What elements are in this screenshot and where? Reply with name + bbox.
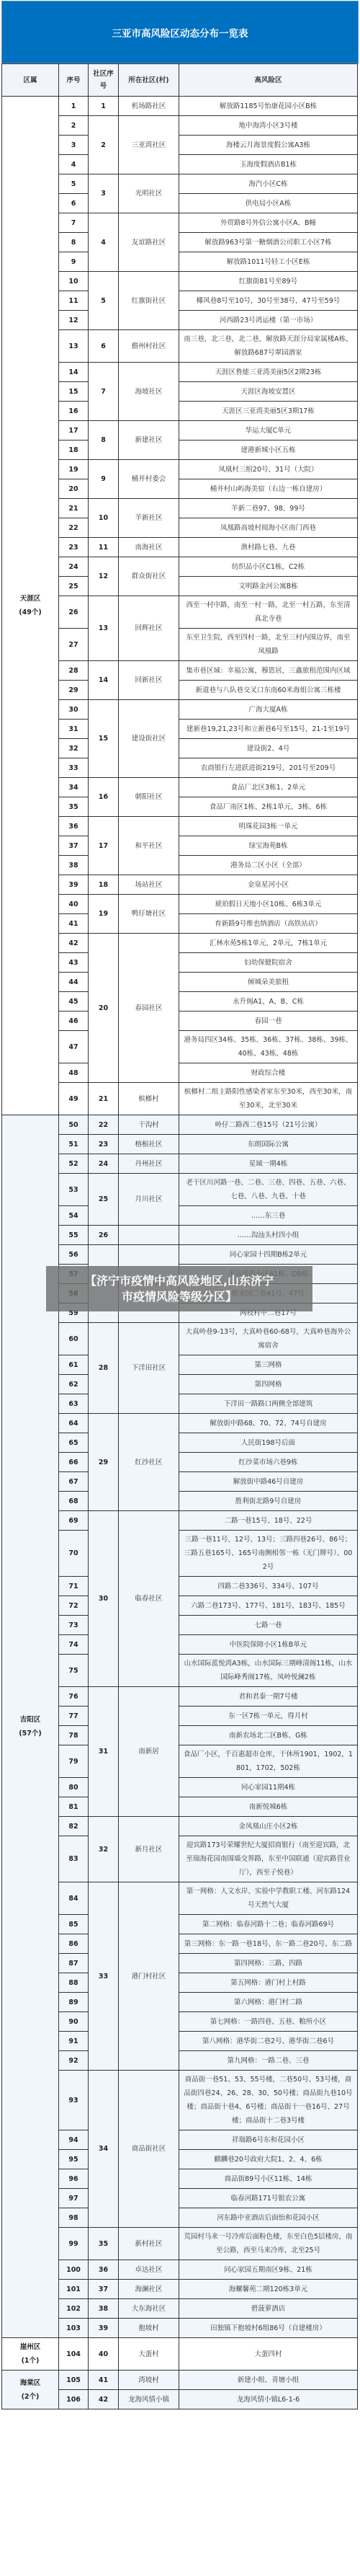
community-index: 17	[89, 817, 119, 875]
row-index: 70	[59, 1531, 89, 1577]
high-risk-area: 解放路963号第一糖烟酒公司职工小区7栋	[179, 233, 358, 252]
row-index: 13	[59, 330, 89, 363]
district-name: 天涯区	[6, 592, 54, 606]
row-index: 86	[59, 1934, 89, 1954]
community-name: 友谊路社区	[119, 213, 179, 272]
row-index: 16	[59, 402, 89, 421]
high-risk-area: 华运大厦C单元	[179, 421, 358, 441]
row-index: 10	[59, 272, 89, 291]
community-name: 机场路社区	[119, 97, 179, 116]
community-name: 群众街社区	[119, 557, 179, 596]
row-index: 20	[59, 479, 89, 499]
high-risk-area: 纺织品小区C1栋，C2栋	[179, 557, 358, 577]
row-index: 102	[59, 2299, 89, 2319]
district-cell: 海棠区(2个)	[2, 2371, 59, 2409]
high-risk-area: 食品厂小区，千百惠超市仓库，干休所1901，1902，1801，1702，502…	[179, 1745, 358, 1778]
high-risk-area: 二路一巷15号、18号、22号	[179, 1511, 358, 1531]
high-risk-area: 东一区7栋一单元，得月村	[179, 1707, 358, 1726]
high-risk-area: 中医院保障小区1栋B单元	[179, 1635, 358, 1655]
community-index: 10	[89, 499, 119, 538]
row-index: 48	[59, 1063, 89, 1083]
high-risk-area: 食品厂北区3栋1、2单元	[179, 778, 358, 797]
high-risk-area: 天涯区三亚湾美丽5区3期17栋	[179, 402, 358, 421]
high-risk-area: 南新农场北二区B栋、G栋	[179, 1726, 358, 1745]
high-risk-area: 明珠花园3栋一单元	[179, 817, 358, 836]
high-risk-area: 河东路中亚酒店后面怡和花园小区	[179, 2208, 358, 2228]
high-risk-area: 港务局二区小区（全部）	[179, 856, 358, 875]
high-risk-area: 海螺馨苑二期120栋3单元	[179, 2280, 358, 2299]
row-index: 19	[59, 460, 89, 479]
community-name: 大东海社区	[119, 2299, 179, 2319]
high-risk-area: 迎宾路173号荣耀世纪大厦招商银行（南至迎宾路，北至瑞海花园南围墙交界路，东至中…	[179, 1836, 358, 1882]
community-index: 11	[89, 538, 119, 557]
high-risk-area: 琥珀假日天地小区10栋、6栋3单元	[179, 895, 358, 914]
community-index: 25	[89, 1174, 119, 1226]
community-name: 桶井村委会	[119, 460, 179, 499]
high-risk-area: 羊新二巷97、98、99号	[179, 499, 358, 518]
row-index: 72	[59, 1596, 89, 1616]
row-index: 101	[59, 2280, 89, 2299]
community-name: 港门村社区	[119, 1882, 179, 2071]
high-risk-area: 下洋田一路路口两侧全部建筑	[179, 1394, 358, 1414]
row-index: 33	[59, 758, 89, 778]
community-name: 卓达社区	[119, 2260, 179, 2280]
high-risk-area: ……东三巷	[179, 1206, 358, 1226]
high-risk-area: 新建小组、青塘小组	[179, 2371, 358, 2390]
community-name: 槟榔村	[119, 1083, 179, 1115]
row-index: 17	[59, 421, 89, 441]
header-area: 高风险区	[179, 64, 358, 97]
community-name: 抱坡村	[119, 2319, 179, 2338]
row-index: 24	[59, 557, 89, 577]
high-risk-area: 解放路1185号怡康花园小区B栋	[179, 97, 358, 116]
high-risk-area: 商品街89号小区11栋、14栋	[179, 2169, 358, 2189]
high-risk-area: 建设街2、4号	[179, 739, 358, 758]
row-index: 41	[59, 914, 89, 934]
community-name: 丹州社区	[119, 1154, 179, 1174]
high-risk-area: 第二网格：临春河路十二巷；临春河路69号	[179, 1915, 358, 1934]
community-name: 新月社区	[119, 1817, 179, 1882]
row-index: 93	[59, 2071, 89, 2130]
high-risk-area: 河西路23号鸿运楼（第一市场）	[179, 311, 358, 330]
high-risk-area: 红旗街81号至89号	[179, 272, 358, 291]
table-row: 崖州区(1个)10440大蛋村大蛋四村	[2, 2338, 358, 2371]
row-index: 51	[59, 1135, 89, 1154]
high-risk-area: 食品厂南区1栋、2栋1单元、3栋、6栋	[179, 797, 358, 817]
row-index: 18	[59, 441, 89, 460]
row-index: 105	[59, 2371, 89, 2390]
community-name: 回新社区	[119, 661, 179, 700]
community-index: 26	[89, 1226, 119, 1245]
high-risk-area: 田独镇下抱坡村6组86号（自建楼房）	[179, 2319, 358, 2338]
row-index: 29	[59, 681, 89, 700]
row-index: 39	[59, 875, 89, 895]
community-name: 红旗街社区	[119, 272, 179, 330]
district-name: 海棠区	[6, 2376, 54, 2390]
row-index: 75	[59, 1655, 89, 1687]
community-name: 羊新社区	[119, 499, 179, 538]
district-cell: 崖州区(1个)	[2, 2338, 59, 2371]
high-risk-area: 金凤凰山庄小区2栋	[179, 1817, 358, 1836]
community-index: 6	[89, 330, 119, 363]
high-risk-area: 东朗国际公寓	[179, 1135, 358, 1154]
high-risk-area: 文明路金河公寓B栋	[179, 577, 358, 596]
row-index: 36	[59, 817, 89, 836]
community-index: 34	[89, 2071, 119, 2228]
row-index: 7	[59, 213, 89, 233]
high-risk-area: 渔村路七巷、九巷	[179, 538, 358, 557]
community-index: 1	[89, 97, 119, 116]
community-name: 月川社区	[119, 1174, 179, 1226]
high-risk-area: 新道巷与八队巷交叉口东南60米海姐公寓三栋楼	[179, 681, 358, 700]
table-body: 天涯区(49个)11机场路社区解放路1185号怡康花园小区B栋22三亚湾社区地中…	[2, 97, 358, 2409]
community-name: 回辉社区	[119, 596, 179, 661]
community-index: 30	[89, 1511, 119, 1687]
row-index: 50	[59, 1115, 89, 1135]
row-index: 11	[59, 291, 89, 311]
community-name: 海坡社区	[119, 363, 179, 421]
high-risk-area: 永升阁A1、A、B、C栋	[179, 992, 358, 1012]
community-index: 29	[89, 1414, 119, 1511]
community-index: 5	[89, 272, 119, 330]
row-index: 25	[59, 577, 89, 596]
row-index: 97	[59, 2189, 89, 2208]
community-index: 42	[89, 2390, 119, 2409]
high-risk-area: 集市巷区域：幸福公寓，穆恩居，三鑫旅租范围内区域	[179, 661, 358, 681]
high-risk-area: 星域一期4栋	[179, 1154, 358, 1174]
row-index: 61	[59, 1355, 89, 1375]
high-risk-area: 东至卫生院，西至四村一路，北至三村内围边界，南至凤凰路	[179, 629, 358, 661]
community-name: 和平社区	[119, 817, 179, 875]
row-index: 69	[59, 1511, 89, 1531]
row-index: 77	[59, 1707, 89, 1726]
community-name: 三亚湾社区	[119, 116, 179, 174]
row-index: 47	[59, 1031, 89, 1063]
row-index: 82	[59, 1817, 89, 1836]
row-index: 22	[59, 518, 89, 538]
high-risk-area: 荒园村马来一号冷库后面粉色楼，东至白色5层楼房，南至公路，西至马来冷库，北至25…	[179, 2228, 358, 2260]
row-index: 26	[59, 596, 89, 629]
community-name: 商品街社区	[119, 2071, 179, 2228]
row-index: 88	[59, 1973, 89, 1993]
community-index: 28	[89, 1323, 119, 1414]
high-risk-area: 四路二巷336号、334号、107号	[179, 1577, 358, 1596]
high-risk-area: 第四网格	[179, 1375, 358, 1394]
high-risk-area: 商品街一巷51、53、55号楼，二巷50号、53号楼，商品街四巷24、26、28…	[179, 2071, 358, 2130]
community-name: 红沙社区	[119, 1414, 179, 1511]
high-risk-area: 绿宝海苑B栋	[179, 836, 358, 856]
row-index: 79	[59, 1745, 89, 1778]
community-index: 20	[89, 934, 119, 1083]
community-index: 23	[89, 1135, 119, 1154]
table-header-row: 区属 序号 社区序号 所在社区(村) 高风险区	[2, 64, 358, 97]
high-risk-area: 七路一巷	[179, 1616, 358, 1635]
district-count: (2个)	[6, 2390, 54, 2404]
table-row: 海棠区(2个)10541湾坡村新建小组、青塘小组	[2, 2371, 358, 2390]
high-risk-area: 农商银行左进跃进街219号，201号至209号	[179, 758, 358, 778]
row-index: 53	[59, 1174, 89, 1206]
high-risk-area: 第五网格：港门村上村路	[179, 1973, 358, 1993]
high-risk-area: 槟榔村二组主路阳性感染者家东至30米，西至30米，南至30米，北至30米	[179, 1083, 358, 1115]
high-risk-area: 玉海度假酒店B1栋	[179, 155, 358, 174]
row-index: 5	[59, 174, 89, 194]
high-risk-area: 麒麟巷20号政府大院1、2、4、6栋	[179, 2150, 358, 2169]
row-index: 89	[59, 1993, 89, 2012]
row-index: 104	[59, 2338, 89, 2371]
row-index: 85	[59, 1915, 89, 1934]
district-count: (49个)	[6, 606, 54, 619]
overlay-banner-line2: 市疫情风险等级分区】	[122, 1289, 237, 1305]
community-index: 38	[89, 2299, 119, 2319]
row-index: 28	[59, 661, 89, 681]
row-index: 66	[59, 1453, 89, 1472]
high-risk-area: 临春河路171号银农公寓	[179, 2189, 358, 2208]
row-index: 100	[59, 2260, 89, 2280]
community-index: 41	[89, 2371, 119, 2390]
community-index: 15	[89, 700, 119, 778]
row-index: 35	[59, 797, 89, 817]
community-name: 春园社区	[119, 934, 179, 1083]
community-index: 7	[89, 363, 119, 421]
community-index: 37	[89, 2280, 119, 2299]
row-index: 12	[59, 311, 89, 330]
community-name: 南新居	[119, 1687, 179, 1817]
row-index: 84	[59, 1882, 89, 1915]
high-risk-area: 天涯区鲁能三亚湾美丽5区2期23栋	[179, 363, 358, 382]
community-index: 9	[89, 460, 119, 499]
community-index: 4	[89, 213, 119, 272]
community-index: 24	[89, 1154, 119, 1174]
row-index: 30	[59, 700, 89, 720]
row-index: 56	[59, 1245, 89, 1265]
community-name: 临春社区	[119, 1511, 179, 1687]
community-index: 8	[89, 421, 119, 460]
high-risk-area: 凤凰村三组20号、31号（大院）	[179, 460, 358, 479]
row-index: 80	[59, 1778, 89, 1797]
high-risk-area: 育新路9号维也纳酒店（高铁站店）	[179, 914, 358, 934]
high-risk-area: 春园一巷	[179, 1012, 358, 1031]
high-risk-area: 六路二巷173号、177号、181号、183号、185号	[179, 1596, 358, 1616]
row-index: 23	[59, 538, 89, 557]
row-index: 2	[59, 116, 89, 136]
page: 三亚市高风险区动态分布一览表 区属 序号 社区序号 所在社区(村) 高风险区 天…	[1, 1, 359, 2409]
community-index: 39	[89, 2319, 119, 2338]
community-index: 13	[89, 596, 119, 661]
high-risk-area: 第八网格：港华街二巷2号、港华街二巷6号	[179, 2032, 358, 2051]
high-risk-area: 外贸路8号外信公寓小区A、B幢	[179, 213, 358, 233]
community-name: 龙海风情小镇	[119, 2390, 179, 2409]
row-index: 83	[59, 1836, 89, 1882]
high-risk-area-table: 区属 序号 社区序号 所在社区(村) 高风险区 天涯区(49个)11机场路社区解…	[1, 63, 358, 2409]
community-index: 12	[89, 557, 119, 596]
community-name: 新村社区	[119, 2228, 179, 2260]
row-index: 90	[59, 2012, 89, 2032]
high-risk-area: 龙海风情小镇L6-1-6	[179, 2390, 358, 2409]
row-index: 98	[59, 2208, 89, 2228]
row-index: 21	[59, 499, 89, 518]
community-name: 光明社区	[119, 174, 179, 213]
high-risk-area: 碧菠萝酒店	[179, 2299, 358, 2319]
high-risk-area: 港务局四区34栋、35栋、36栋、37栋、38栋、39栋、40栋、43栋、48栋	[179, 1031, 358, 1063]
high-risk-area: 第六网格：港门村二路	[179, 1993, 358, 2012]
district-count: (57个)	[6, 1727, 54, 1740]
row-index: 74	[59, 1635, 89, 1655]
table-row: 天涯区(49个)11机场路社区解放路1185号怡康花园小区B栋	[2, 97, 358, 116]
community-index: 14	[89, 661, 119, 700]
high-risk-area: 地中海湾小区3号楼	[179, 116, 358, 136]
row-index: 64	[59, 1414, 89, 1433]
high-risk-area: 西至一村中路，南至一村一路，北至一村五路，东至清真北寺巷	[179, 596, 358, 629]
community-index: 40	[89, 2338, 119, 2371]
high-risk-area: 君和君泰一期7号楼	[179, 1687, 358, 1707]
row-index: 1	[59, 97, 89, 116]
row-index: 45	[59, 992, 89, 1012]
community-index: 18	[89, 875, 119, 895]
high-risk-area: 供电局小区A栋	[179, 194, 358, 213]
row-index: 92	[59, 2051, 89, 2071]
high-risk-area: 金泉星河小区	[179, 875, 358, 895]
high-risk-area: 解放路1011号轻工小区E栋	[179, 252, 358, 272]
high-risk-area: 同心家园十四期B栋2单元	[179, 1245, 358, 1265]
row-index: 31	[59, 720, 89, 739]
community-index: 16	[89, 778, 119, 817]
row-index: 27	[59, 629, 89, 661]
high-risk-area: 解放街中路68、70、72、74号自建房	[179, 1414, 358, 1433]
high-risk-area: 妇幼保健院宿舍	[179, 953, 358, 973]
community-name: 南海社区	[119, 538, 179, 557]
community-index: 21	[89, 1083, 119, 1115]
row-index: 95	[59, 2150, 89, 2169]
row-index: 4	[59, 155, 89, 174]
row-index: 8	[59, 233, 89, 252]
row-index: 52	[59, 1154, 89, 1174]
community-name: 鸭仔塘社区	[119, 895, 179, 934]
table-title-text: 三亚市高风险区动态分布一览表	[112, 25, 248, 40]
community-name: 干沟村	[119, 1115, 179, 1135]
row-index: 38	[59, 856, 89, 875]
header-district: 区属	[2, 64, 59, 97]
community-name: 场站社区	[119, 875, 179, 895]
row-index: 42	[59, 934, 89, 953]
header-index: 序号	[59, 64, 89, 97]
row-index: 54	[59, 1206, 89, 1226]
row-index: 103	[59, 2319, 89, 2338]
community-index: 3	[89, 174, 119, 213]
high-risk-area: 红沙菜市场六巷9栋	[179, 1453, 358, 1472]
high-risk-area: 天涯区海坡安置区	[179, 382, 358, 402]
row-index: 46	[59, 1012, 89, 1031]
table-row: 吉阳区(57个)5022干沟村岭仔二路西二巷15号（21号公寓）	[2, 1115, 358, 1135]
high-risk-area: 汇林水苑5栋1单元、2单元，7栋1单元	[179, 934, 358, 953]
row-index: 44	[59, 973, 89, 992]
high-risk-area: 胜利街北路9号自建房	[179, 1492, 358, 1511]
row-index: 3	[59, 136, 89, 155]
community-name: 湾坡村	[119, 2371, 179, 2390]
row-index: 94	[59, 2130, 89, 2150]
district-name: 吉阳区	[6, 1713, 54, 1727]
community-index: 32	[89, 1817, 119, 1882]
community-name: 下洋田社区	[119, 1323, 179, 1414]
community-index: 33	[89, 1882, 119, 2071]
community-name: 大蛋村	[119, 2338, 179, 2371]
high-risk-area: 财政综合楼	[179, 1063, 358, 1083]
high-risk-area: 解放街中路46号自建房	[179, 1472, 358, 1492]
row-index: 87	[59, 1954, 89, 1973]
row-index: 60	[59, 1323, 89, 1355]
high-risk-area: 海汽小区C栋	[179, 174, 358, 194]
high-risk-area: 三路一巷11号、12号、13号；三路四巷26号、86号；三路五巷165号、165…	[179, 1531, 358, 1577]
district-cell: 天涯区(49个)	[2, 97, 59, 1115]
row-index: 15	[59, 382, 89, 402]
row-index: 91	[59, 2032, 89, 2051]
high-risk-area: 同心家园11期4栋	[179, 1778, 358, 1797]
high-risk-area: 倾城朵美旅租	[179, 973, 358, 992]
overlay-banner-line1: 【济宁市疫情中高风险地区,山东济宁	[85, 1273, 274, 1289]
row-index: 63	[59, 1394, 89, 1414]
community-index: 31	[89, 1687, 119, 1817]
community-index: 22	[89, 1115, 119, 1135]
district-name: 崖州区	[6, 2340, 54, 2354]
row-index: 73	[59, 1616, 89, 1635]
row-index: 9	[59, 252, 89, 272]
high-risk-area: 第四网格：三路、四路	[179, 1954, 358, 1973]
high-risk-area: 大蛋四村	[179, 2338, 358, 2371]
high-risk-area: 建港新城小区五栋	[179, 441, 358, 460]
row-index: 55	[59, 1226, 89, 1245]
row-index: 62	[59, 1375, 89, 1394]
community-index: 2	[89, 116, 119, 174]
community-name: 新建社区	[119, 421, 179, 460]
high-risk-area: 第九网格：一路二巷、三巷	[179, 2051, 358, 2071]
high-risk-area: 南新悦城6栋	[179, 1797, 358, 1817]
high-risk-area: 椰风巷8号至10号，30号至38号，47号至59号	[179, 291, 358, 311]
row-index: 40	[59, 895, 89, 914]
row-index: 81	[59, 1797, 89, 1817]
row-index: 43	[59, 953, 89, 973]
header-community: 所在社区(村)	[119, 64, 179, 97]
row-index: 6	[59, 194, 89, 213]
high-risk-area: 第三网格	[179, 1355, 358, 1375]
row-index: 65	[59, 1433, 89, 1453]
row-index: 76	[59, 1687, 89, 1707]
high-risk-area: 老干区川河路一巷、二巷、三巷、四巷、五巷、六巷、七巷、八巷、九巷、十巷	[179, 1174, 358, 1206]
high-risk-area: 人民街198号后面	[179, 1433, 358, 1453]
district-count: (1个)	[6, 2354, 54, 2368]
row-index: 68	[59, 1492, 89, 1511]
community-index: 19	[89, 895, 119, 934]
high-risk-area: 第三网格：东一路一巷18号、东一路二巷20号、东二路	[179, 1934, 358, 1954]
row-index: 78	[59, 1726, 89, 1745]
high-risk-area: 第七网格：一路四巷、五巷、粮所小区	[179, 2012, 358, 2032]
community-name: 朝阳社区	[119, 778, 179, 817]
high-risk-area: 第一网格：人文水岸、实验中学教职工楼、河东路124号天然气大厦	[179, 1882, 358, 1915]
high-risk-area: 岭仔二路西二巷15号（21号公寓）	[179, 1115, 358, 1135]
row-index: 71	[59, 1577, 89, 1596]
row-index: 37	[59, 836, 89, 856]
community-name: 建设街社区	[119, 700, 179, 778]
high-risk-area: 大真岭巷9-13号，大真岭巷60-68号，大真岭巷海外公寓宿舍	[179, 1323, 358, 1355]
row-index: 14	[59, 363, 89, 382]
high-risk-area: 建新巷19,21,23号和立新巷6号至15号，21-1至19号	[179, 720, 358, 739]
table-title: 三亚市高风险区动态分布一览表	[1, 1, 359, 63]
row-index: 67	[59, 1472, 89, 1492]
row-index: 32	[59, 739, 89, 758]
community-index: 35	[89, 2228, 119, 2260]
overlay-banner: 【济宁市疫情中高风险地区,山东济宁 市疫情风险等级分区】	[46, 1266, 312, 1311]
community-name: 儋州村社区	[119, 330, 179, 363]
high-risk-area: 广海大厦A栋	[179, 700, 358, 720]
high-risk-area: 祥瑞路6号东和花园小区	[179, 2130, 358, 2150]
